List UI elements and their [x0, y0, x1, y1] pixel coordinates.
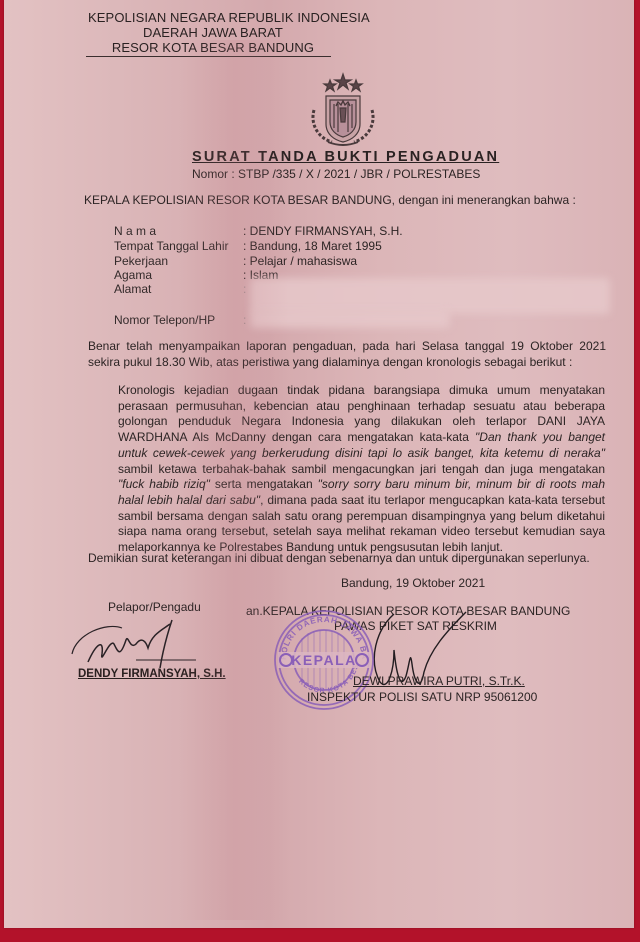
stamp-center-text: KEPALA	[291, 652, 357, 668]
polri-emblem-icon	[300, 72, 386, 148]
document-paper: KEPOLISIAN NEGARA REPUBLIK INDONESIA DAE…	[4, 0, 634, 928]
report-statement: Benar telah menyampaikan laporan pengadu…	[88, 339, 606, 370]
chronology-paragraph: Kronologis kejadian dugaan tindak pidana…	[118, 383, 605, 556]
document-number: Nomor : STBP /335 / X / 2021 / JBR / POL…	[192, 167, 480, 181]
identity-label-religion: Agama	[114, 268, 152, 282]
letterhead-line2: DAERAH JAWA BARAT	[88, 25, 338, 40]
document-title: SURAT TANDA BUKTI PENGADUAN	[192, 149, 499, 165]
chronology-part3: serta mengatakan	[210, 477, 318, 491]
reporter-name: DENDY FIRMANSYAH, S.H.	[78, 668, 226, 680]
place-date: Bandung, 19 Oktober 2021	[341, 576, 485, 590]
letterhead-line1: KEPOLISIAN NEGARA REPUBLIK INDONESIA	[88, 10, 338, 25]
identity-label-birth: Tempat Tanggal Lahir	[114, 239, 229, 253]
letterhead-divider	[86, 56, 331, 57]
redacted-phone	[250, 310, 450, 328]
identity-label-phone: Nomor Telepon/HP	[114, 313, 215, 327]
redacted-address	[250, 278, 610, 314]
identity-label-name: N a m a	[114, 224, 156, 238]
closing-statement: Demikian surat keterangan ini dibuat den…	[88, 551, 590, 565]
intro-statement: KEPALA KEPOLISIAN RESOR KOTA BESAR BANDU…	[84, 193, 576, 207]
quote-2: "fuck habib riziq"	[118, 477, 210, 491]
report-statement-text: Benar telah menyampaikan laporan pengadu…	[88, 339, 606, 370]
official-rank: INSPEKTUR POLISI SATU NRP 95061200	[307, 690, 537, 704]
chronology-part2: sambil ketawa terbahak-bahak sambil meng…	[118, 462, 605, 476]
reporter-signature-icon	[66, 614, 206, 674]
identity-value-occupation: : Pelajar / mahasiswa	[243, 254, 357, 268]
identity-value-birth: : Bandung, 18 Maret 1995	[243, 239, 382, 253]
official-name: DEWI PRAWIRA PUTRI, S.Tr.K.	[353, 674, 525, 688]
reporter-role: Pelapor/Pengadu	[108, 600, 201, 614]
letterhead-line3: RESOR KOTA BESAR BANDUNG	[88, 40, 338, 55]
identity-value-name: : DENDY FIRMANSYAH, S.H.	[243, 224, 403, 238]
identity-label-occupation: Pekerjaan	[114, 254, 168, 268]
identity-label-address: Alamat	[114, 282, 151, 296]
identity-value-address: :	[243, 282, 246, 296]
identity-value-phone: :	[243, 313, 246, 327]
